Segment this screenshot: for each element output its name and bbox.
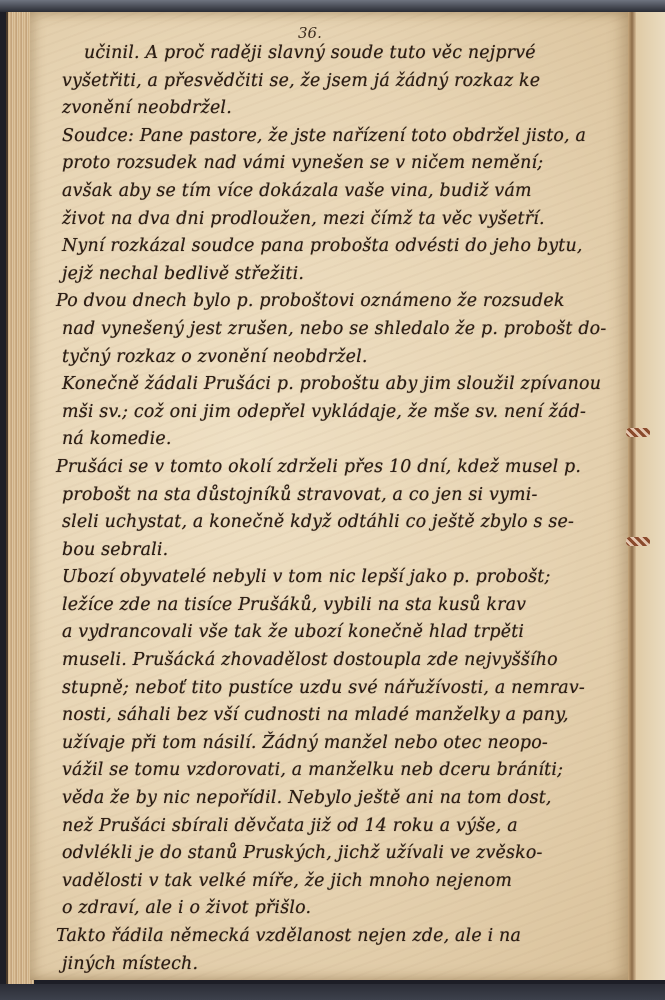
text-line: vážil se tomu vzdorovati, a manželku neb… (62, 757, 630, 785)
text-line: jejž nechal bedlivě střežiti. (62, 261, 630, 289)
text-line: jiných místech. (62, 951, 630, 979)
text-line: odvlékli je do stanů Pruských, jichž uží… (62, 840, 630, 868)
text-line: Takto řádila německá vzdělanost nejen zd… (56, 923, 630, 951)
text-line: vadělosti v tak velké míře, že jich mnoh… (62, 868, 630, 896)
text-line: učinil. A proč raději slavný soude tuto … (62, 40, 630, 68)
text-line: Nyní rozkázal soudce pana probošta odvés… (62, 233, 630, 261)
text-line: život na dva dni prodloužen, mezi čímž t… (62, 206, 630, 234)
bottom-background (0, 984, 665, 1000)
text-line: a vydrancovali vše tak že ubozí konečně … (62, 619, 630, 647)
text-line: mši sv.; což oni jim odepřel vykládaje, … (62, 399, 630, 427)
handwritten-text: učinil. A proč raději slavný soude tuto … (62, 40, 630, 978)
text-line: proto rozsudek nad vámi vynešen se v nič… (62, 150, 630, 178)
text-line: Po dvou dnech bylo p. proboštovi oznámen… (56, 288, 630, 316)
text-line: ležíce zde na tisíce Prušáků, vybili na … (62, 592, 630, 620)
text-line: užívaje při tom násilí. Žádný manžel neb… (62, 730, 630, 758)
text-line: zvonění neobdržel. (62, 95, 630, 123)
text-line: vyšetřiti, a přesvědčiti se, že jsem já … (62, 68, 630, 96)
text-line: Prušáci se v tomto okolí zdrželi přes 10… (56, 454, 630, 482)
text-line: stupně; neboť tito pustíce uzdu své nářu… (62, 675, 630, 703)
text-line: sleli uchystat, a konečně když odtáhli c… (62, 509, 630, 537)
text-line: probošt na sta důstojníků stravovat, a c… (62, 482, 630, 510)
top-background (0, 0, 665, 12)
text-line: museli. Prušácká zhovadělost dostoupla z… (62, 647, 630, 675)
text-line: ná komedie. (62, 426, 630, 454)
text-line: nosti, sáhali bez vší cudnosti na mladé … (62, 702, 630, 730)
text-line: než Prušáci sbírali děvčata již od 14 ro… (62, 813, 630, 841)
text-line: nad vynešený jest zrušen, nebo se shleda… (62, 316, 630, 344)
text-line: bou sebrali. (62, 537, 630, 565)
text-line: Konečně žádali Prušáci p. proboštu aby j… (62, 371, 630, 399)
facing-page-edge (636, 12, 665, 980)
text-line: věda že by nic nepořídil. Nebylo ještě a… (62, 785, 630, 813)
text-line: avšak aby se tím více dokázala vaše vina… (62, 178, 630, 206)
text-line: tyčný rozkaz o zvonění neobdržel. (62, 344, 630, 372)
text-line: Ubozí obyvatelé nebyli v tom nic lepší j… (62, 564, 630, 592)
text-line: Soudce: Pane pastore, že jste nařízení t… (62, 123, 630, 151)
text-line: o zdraví, ale i o život přišlo. (62, 895, 630, 923)
